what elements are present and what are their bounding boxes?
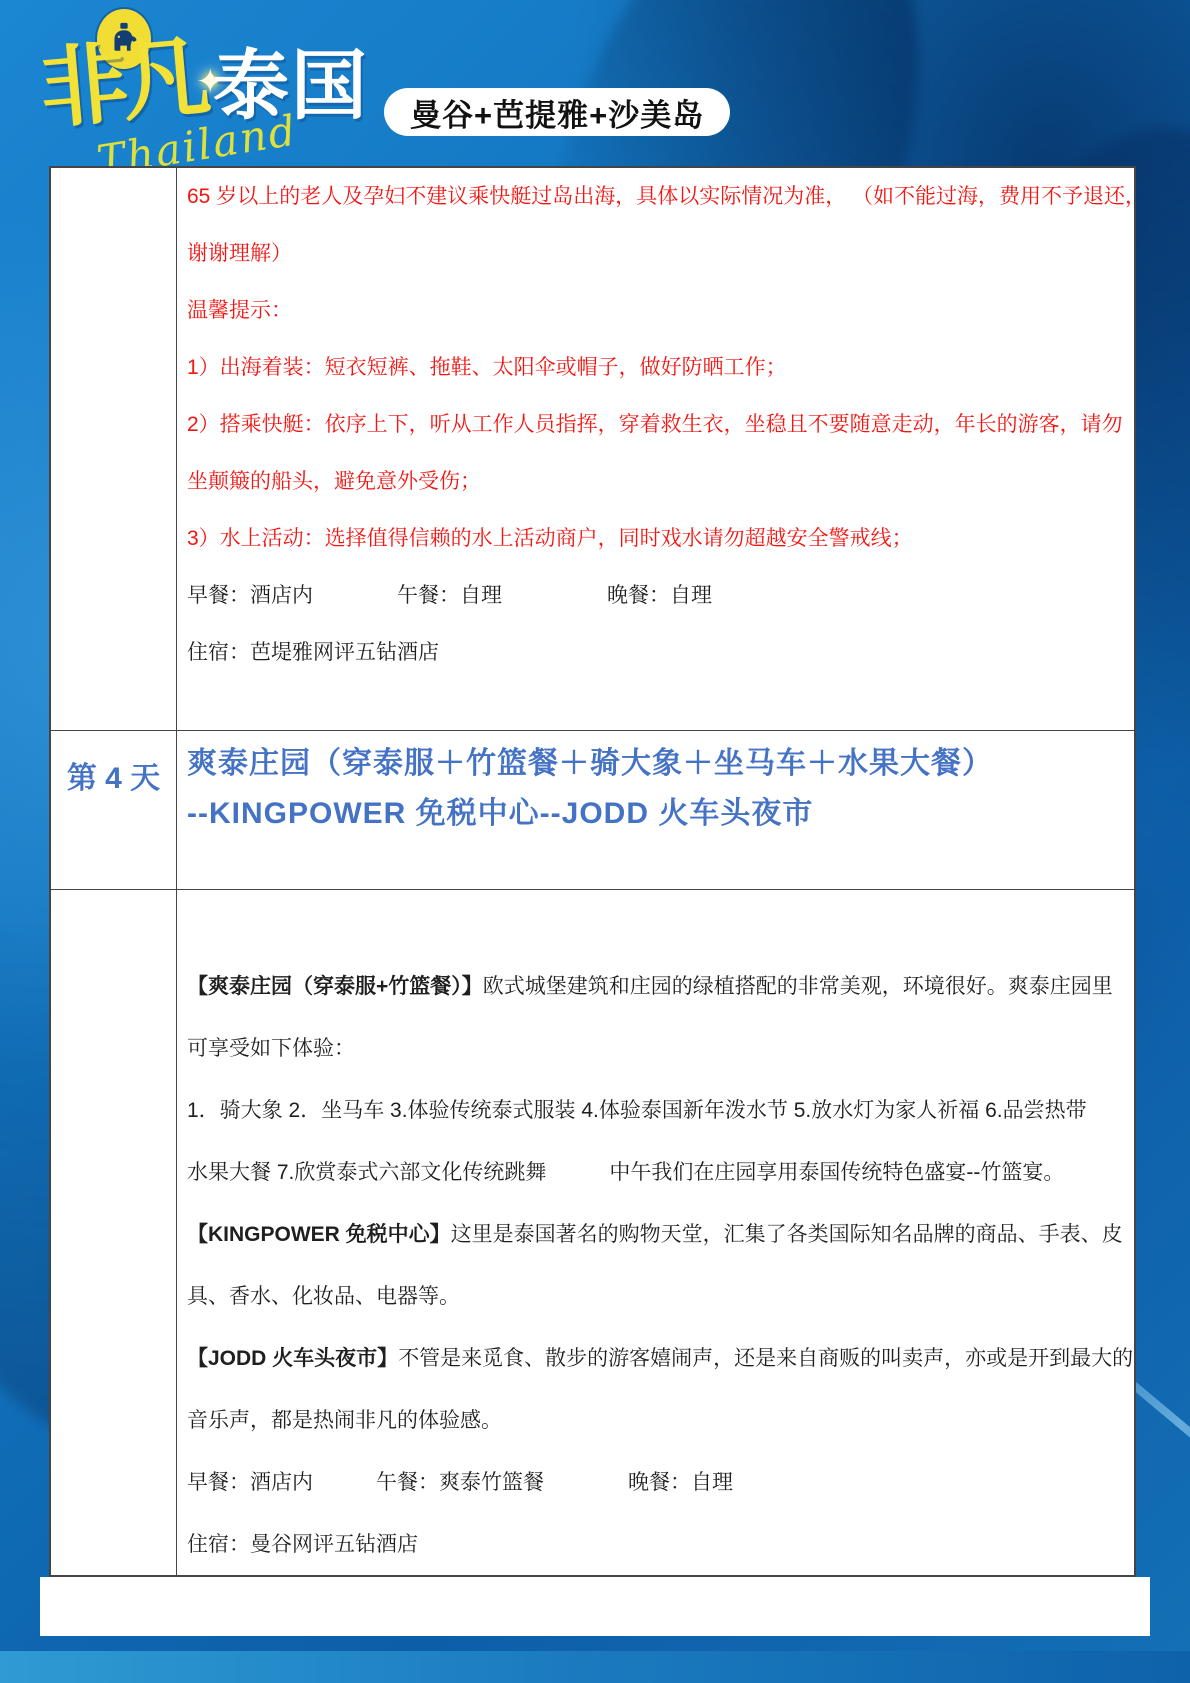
itinerary-table: 65 岁以上的老人及孕妇不建议乘快艇过岛出海，具体以实际情况为准， （如不能过海…: [49, 166, 1136, 1577]
text-line: 1）出海着装：短衣短裤、拖鞋、太阳伞或帽子，做好防晒工作；: [177, 339, 1134, 396]
page-bottom-margin: [40, 1577, 1150, 1636]
day4-detail-cell: 【爽泰庄园（穿泰服+竹篮餐）】欧式城堡建筑和庄园的绿植搭配的非常美观，环境很好。…: [177, 890, 1134, 1575]
day4-title-line: 爽泰庄园（穿泰服＋竹篮餐＋骑大象＋坐马车＋水果大餐）: [187, 739, 1134, 789]
line-bold-text: 【JODD 火车头夜市】: [187, 1347, 398, 1370]
day4-title-cell: 爽泰庄园（穿泰服＋竹篮餐＋骑大象＋坐马车＋水果大餐） --KINGPOWER 免…: [177, 731, 1134, 890]
line-text: 3）水上活动：选择值得信赖的水上活动商户，同时戏水请勿超越安全警戒线；: [187, 527, 913, 550]
text-line: 3）水上活动：选择值得信赖的水上活动商户，同时戏水请勿超越安全警戒线；: [177, 510, 1134, 567]
day-cell-day4: 第 4 天: [51, 731, 177, 890]
day-cell-empty: [51, 168, 177, 731]
day4-label: 第 4 天: [51, 753, 176, 797]
text-line: 早餐：酒店内 午餐：爽泰竹篮餐 晚餐：自理: [177, 1452, 1134, 1514]
line-text: 音乐声，都是热闹非凡的体验感。: [187, 1409, 502, 1432]
line-text: 谢谢理解）: [187, 242, 292, 265]
line-text: 欧式城堡建筑和庄园的绿植搭配的非常美观，环境很好。爽泰庄园里: [483, 975, 1113, 998]
text-line: 温馨提示：: [177, 282, 1134, 339]
line-text: 住宿：曼谷网评五钻酒店: [187, 1533, 418, 1556]
text-line: 坐颠簸的船头，避免意外受伤；: [177, 453, 1134, 510]
route-pill: 曼谷+芭提雅+沙美岛: [384, 88, 730, 136]
line-text: 不管是来觅食、散步的游客嬉闹声，还是来自商贩的叫卖声，亦或是开到最大的: [398, 1347, 1133, 1370]
line-text: 住宿：芭堤雅网评五钻酒店: [187, 641, 439, 664]
line-bold-text: 【KINGPOWER 免税中心】: [187, 1223, 451, 1246]
text-line: 65 岁以上的老人及孕妇不建议乘快艇过岛出海，具体以实际情况为准， （如不能过海…: [177, 168, 1134, 225]
line-text: 具、香水、化妆品、电器等。: [187, 1285, 460, 1308]
text-line: 【爽泰庄园（穿泰服+竹篮餐）】欧式城堡建筑和庄园的绿植搭配的非常美观，环境很好。…: [177, 956, 1134, 1018]
footer-bar: [0, 1651, 1190, 1683]
text-line: 音乐声，都是热闹非凡的体验感。: [177, 1390, 1134, 1452]
line-text: 2）搭乘快艇：依序上下，听从工作人员指挥，穿着救生衣，坐稳且不要随意走动，年长的…: [187, 413, 1123, 436]
text-line: 早餐：酒店内 午餐：自理 晚餐：自理: [177, 567, 1134, 624]
line-text: 爽泰庄园（穿泰服＋竹篮餐＋骑大象＋坐马车＋水果大餐）: [187, 747, 993, 780]
day-cell-empty: [51, 890, 177, 1575]
text-line: 住宿：曼谷网评五钻酒店: [177, 1514, 1134, 1575]
text-line: 具、香水、化妆品、电器等。: [177, 1266, 1134, 1328]
day4-title-line: --KINGPOWER 免税中心--JODD 火车头夜市: [187, 789, 1134, 839]
line-text: --KINGPOWER 免税中心--JODD 火车头夜市: [187, 797, 813, 830]
text-line: 住宿：芭堤雅网评五钻酒店: [177, 624, 1134, 681]
line-text: 水果大餐 7.欣赏泰式六部文化传统跳舞 中午我们在庄园享用泰国传统特色盛宴--竹…: [187, 1161, 1064, 1184]
text-line: 1．骑大象 2．坐马车 3.体验传统泰式服装 4.体验泰国新年泼水节 5.放水灯…: [177, 1080, 1134, 1142]
line-text: 1．骑大象 2．坐马车 3.体验传统泰式服装 4.体验泰国新年泼水节 5.放水灯…: [187, 1099, 1087, 1122]
line-text: 温馨提示：: [187, 299, 292, 322]
text-line: 2）搭乘快艇：依序上下，听从工作人员指挥，穿着救生衣，坐稳且不要随意走动，年长的…: [177, 396, 1134, 453]
line-text: 1）出海着装：短衣短裤、拖鞋、太阳伞或帽子，做好防晒工作；: [187, 356, 787, 379]
line-bold-text: 【爽泰庄园（穿泰服+竹篮餐）】: [187, 975, 483, 998]
text-line: 可享受如下体验：: [177, 1018, 1134, 1080]
text-line: 水果大餐 7.欣赏泰式六部文化传统跳舞 中午我们在庄园享用泰国传统特色盛宴--竹…: [177, 1142, 1134, 1204]
text-line: 【KINGPOWER 免税中心】这里是泰国著名的购物天堂，汇集了各类国际知名品牌…: [177, 1204, 1134, 1266]
line-text: 这里是泰国著名的购物天堂，汇集了各类国际知名品牌的商品、手表、皮: [451, 1223, 1123, 1246]
line-text: 65 岁以上的老人及孕妇不建议乘快艇过岛出海，具体以实际情况为准， （如不能过海…: [187, 185, 1134, 208]
notes-cell: 65 岁以上的老人及孕妇不建议乘快艇过岛出海，具体以实际情况为准， （如不能过海…: [177, 168, 1134, 731]
line-text: 可享受如下体验：: [187, 1037, 355, 1060]
line-text: 坐颠簸的船头，避免意外受伤；: [187, 470, 481, 493]
line-text: 早餐：酒店内 午餐：爽泰竹篮餐 晚餐：自理: [187, 1471, 733, 1494]
line-text: 早餐：酒店内 午餐：自理 晚餐：自理: [187, 584, 712, 607]
text-line: 谢谢理解）: [177, 225, 1134, 282]
text-line: 【JODD 火车头夜市】不管是来觅食、散步的游客嬉闹声，还是来自商贩的叫卖声，亦…: [177, 1328, 1134, 1390]
